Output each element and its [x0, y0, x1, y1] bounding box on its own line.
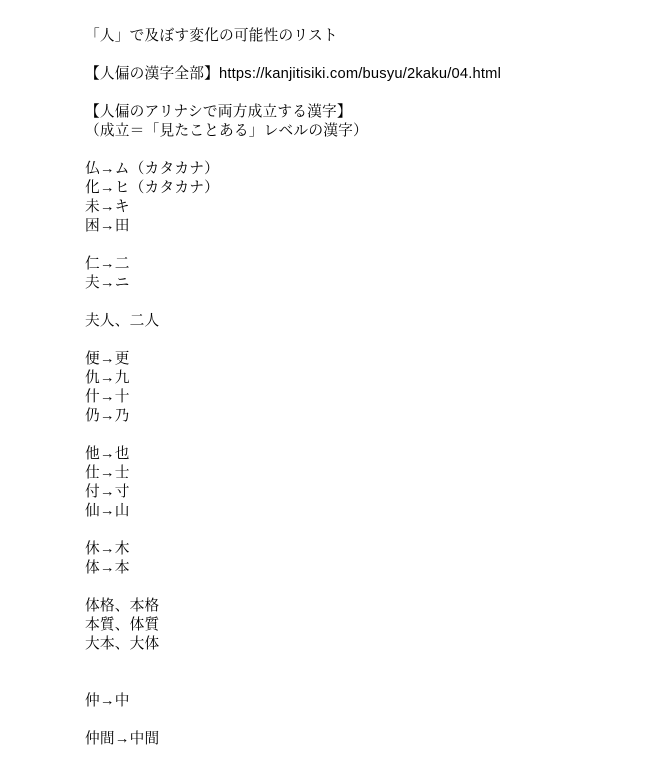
- document-blank-line: [85, 654, 648, 673]
- document-line: 仲間→中間: [85, 730, 648, 749]
- document-line: 仲→中: [85, 692, 648, 711]
- document-line: 未→キ: [85, 198, 648, 217]
- document-blank-line: [85, 293, 648, 312]
- document-line: 【人偏のアリナシで両方成立する漢字】: [85, 103, 648, 122]
- document-line: 大本、大体: [85, 635, 648, 654]
- document-blank-line: [85, 521, 648, 540]
- document-blank-line: [85, 426, 648, 445]
- document-line: 化→ヒ（カタカナ）: [85, 179, 648, 198]
- document-line: （成立＝「見たことある」レベルの漢字）: [85, 122, 648, 141]
- document-line: 本質、体質: [85, 616, 648, 635]
- document-line: 仇→九: [85, 369, 648, 388]
- document-blank-line: [85, 578, 648, 597]
- document-line: 他→也: [85, 445, 648, 464]
- document-line: 付→寸: [85, 483, 648, 502]
- document-page: 「人」で及ぼす変化の可能性のリスト 【人偏の漢字全部】https://kanji…: [0, 0, 658, 766]
- document-line: 夫人、二人: [85, 312, 648, 331]
- document-line: 休→木: [85, 540, 648, 559]
- document-blank-line: [85, 141, 648, 160]
- document-blank-line: [85, 673, 648, 692]
- document-line: 仕→士: [85, 464, 648, 483]
- document-text: 「人」で及ぼす変化の可能性のリスト 【人偏の漢字全部】https://kanji…: [85, 27, 648, 749]
- document-line: 夫→ニ: [85, 274, 648, 293]
- document-line: 便→更: [85, 350, 648, 369]
- document-line: 仏→ム（カタカナ）: [85, 160, 648, 179]
- document-line: 仙→山: [85, 502, 648, 521]
- document-blank-line: [85, 46, 648, 65]
- document-line: 体→本: [85, 559, 648, 578]
- document-line: 仁→二: [85, 255, 648, 274]
- document-line: 体格、本格: [85, 597, 648, 616]
- document-line: 什→十: [85, 388, 648, 407]
- document-line: 「人」で及ぼす変化の可能性のリスト: [85, 27, 648, 46]
- document-line: 仍→乃: [85, 407, 648, 426]
- document-line: 【人偏の漢字全部】https://kanjitisiki.com/busyu/2…: [85, 65, 648, 84]
- document-blank-line: [85, 236, 648, 255]
- document-blank-line: [85, 331, 648, 350]
- document-blank-line: [85, 711, 648, 730]
- document-blank-line: [85, 84, 648, 103]
- document-line: 困→田: [85, 217, 648, 236]
